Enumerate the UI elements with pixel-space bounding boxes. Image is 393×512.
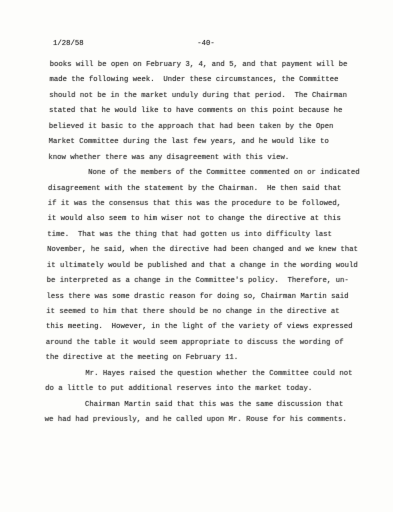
text-line: Market Committee during the last few yea… (48, 135, 360, 150)
paragraph: Chairman Martin said that this was the s… (45, 398, 357, 429)
text-line: November, he said, when the directive ha… (47, 243, 359, 258)
text-line: believed it basic to the approach that h… (49, 120, 361, 135)
text-line: the directive at the meeting on February… (45, 351, 357, 366)
document-date: 1/28/58 (53, 40, 84, 48)
scanned-text-block: 1/28/58 -40- books will be open on Febru… (45, 40, 362, 429)
page-header: 1/28/58 -40- (50, 40, 362, 55)
text-line: less there was some drastic reason for d… (46, 290, 358, 305)
text-line: disagreement with the statement by the C… (48, 182, 360, 197)
text-line: stated that he would like to have commen… (49, 104, 361, 119)
page-number: -40- (197, 40, 215, 48)
text-line: it would also seem to him wiser not to c… (47, 212, 359, 227)
text-line: it ultimately would be published and tha… (47, 259, 359, 274)
text-line: around the table it would seem appropria… (46, 336, 358, 351)
text-line: if it was the consensus that this was th… (48, 197, 360, 212)
text-line: time. That was the thing that had gotten… (47, 228, 359, 243)
text-line: None of the members of the Committee com… (48, 166, 360, 181)
text-line: Chairman Martin said that this was the s… (45, 398, 357, 413)
text-line: books will be open on February 3, 4, and… (50, 58, 362, 73)
text-line: it seemed to him that there should be no… (46, 305, 358, 320)
text-line: know whether there was any disagreement … (48, 151, 360, 166)
text-line: this meeting. However, in the light of t… (46, 320, 358, 335)
text-line: should not be in the market unduly durin… (49, 89, 361, 104)
paragraph: Mr. Hayes raised the question whether th… (45, 367, 357, 398)
paragraph: books will be open on February 3, 4, and… (48, 58, 362, 166)
document-body: books will be open on February 3, 4, and… (45, 58, 362, 429)
document-page: 1/28/58 -40- books will be open on Febru… (0, 0, 393, 512)
text-line: Mr. Hayes raised the question whether th… (45, 367, 357, 382)
text-line: we had had previously, and he called upo… (45, 413, 357, 428)
text-line: be interpreted as a change in the Commit… (47, 274, 359, 289)
text-line: made the following week. Under these cir… (49, 73, 361, 88)
text-line: do a little to put additional reserves i… (45, 382, 357, 397)
paragraph: None of the members of the Committee com… (45, 166, 360, 367)
